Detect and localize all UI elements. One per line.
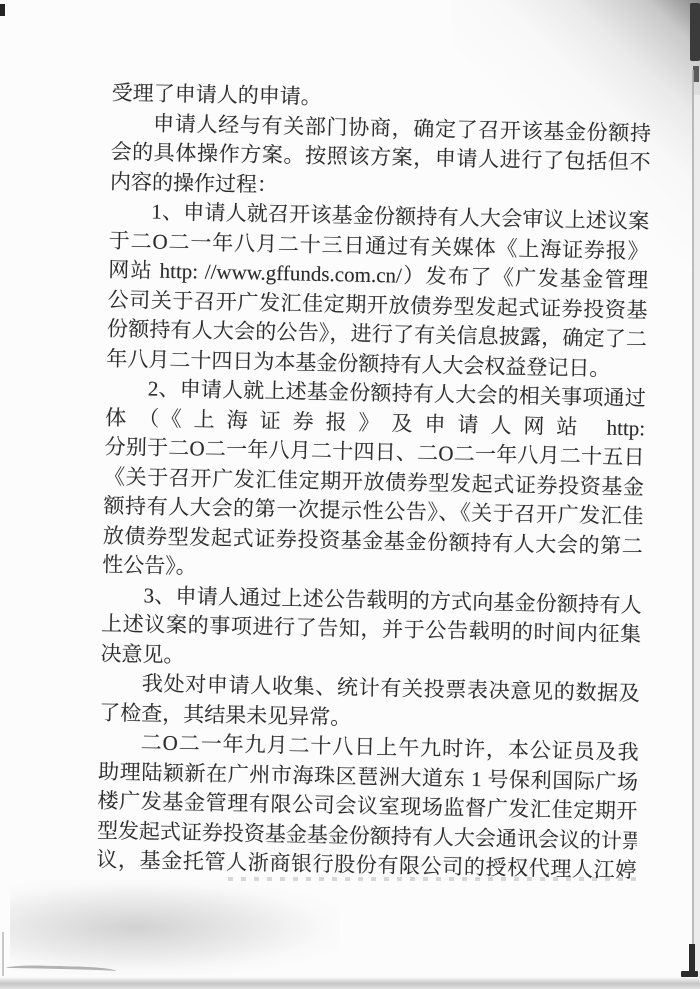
scanned-page: 受理了申请人的申请。 申请人经与有关部门协商，确定了召开该基金份额持有人大 会的…	[0, 0, 700, 989]
scan-mark-top-left	[0, 4, 5, 16]
document-text: 受理了申请人的申请。 申请人经与有关部门协商，确定了召开该基金份额持有人大 会的…	[96, 79, 652, 886]
scan-mark-top-right	[690, 3, 700, 61]
paper-edge-right-area	[694, 95, 700, 977]
paper-edge-right-line	[692, 70, 694, 975]
paper-shadow-bottom-left	[10, 880, 340, 975]
paper-crease-bottom-left	[6, 965, 116, 977]
scanner-bottom-strip	[0, 977, 700, 989]
paper-edge-left-bottom	[2, 932, 4, 976]
